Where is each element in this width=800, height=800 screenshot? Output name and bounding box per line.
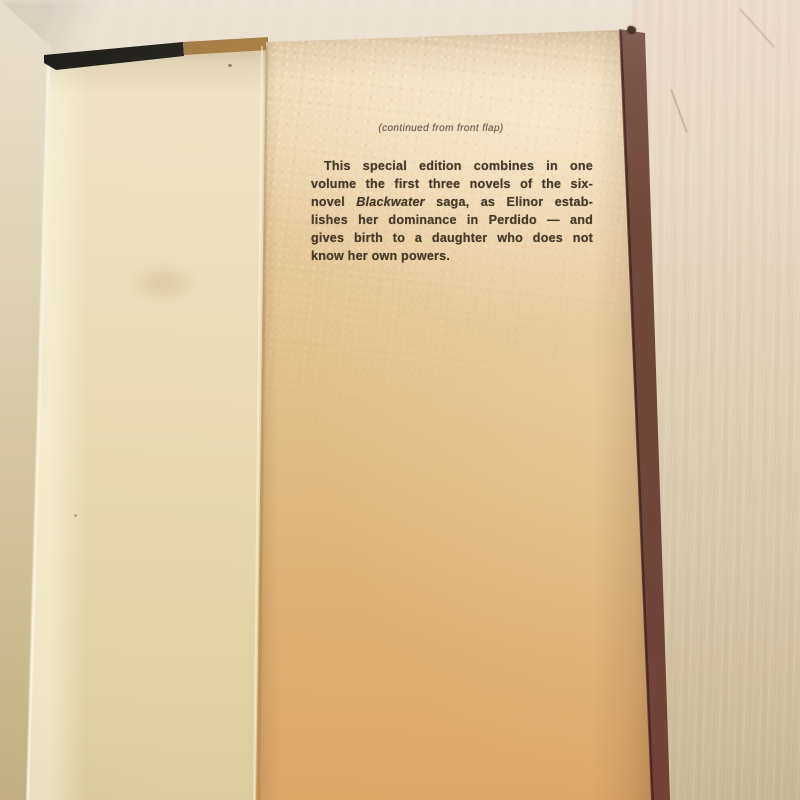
paragraph-line: gives birth to a daughter who does not xyxy=(311,229,593,247)
flap-paragraph: This special edition combines in one vol… xyxy=(311,157,593,265)
paragraph-line: volume the first three novels of the six… xyxy=(311,175,593,193)
paragraph-line: know her own powers. xyxy=(311,247,593,265)
paragraph-line-segment: novel xyxy=(311,195,345,209)
paragraph-line: lishes her dominance in Perdido — and xyxy=(311,211,593,229)
paragraph-line: novel Blackwater saga, as Elinor estab- xyxy=(311,193,593,211)
page-speck xyxy=(228,64,232,67)
page-stain xyxy=(128,262,198,304)
flap-continued-note: (continued from front flap) xyxy=(301,123,581,134)
book-flap-photo: (continued from front flap) This special… xyxy=(0,0,800,800)
paragraph-line: This special edition combines in one xyxy=(311,157,593,175)
page-speck xyxy=(74,514,77,517)
paragraph-line-segment: saga, as Elinor estab- xyxy=(436,195,593,209)
book-title-italic: Blackwater xyxy=(356,195,425,209)
